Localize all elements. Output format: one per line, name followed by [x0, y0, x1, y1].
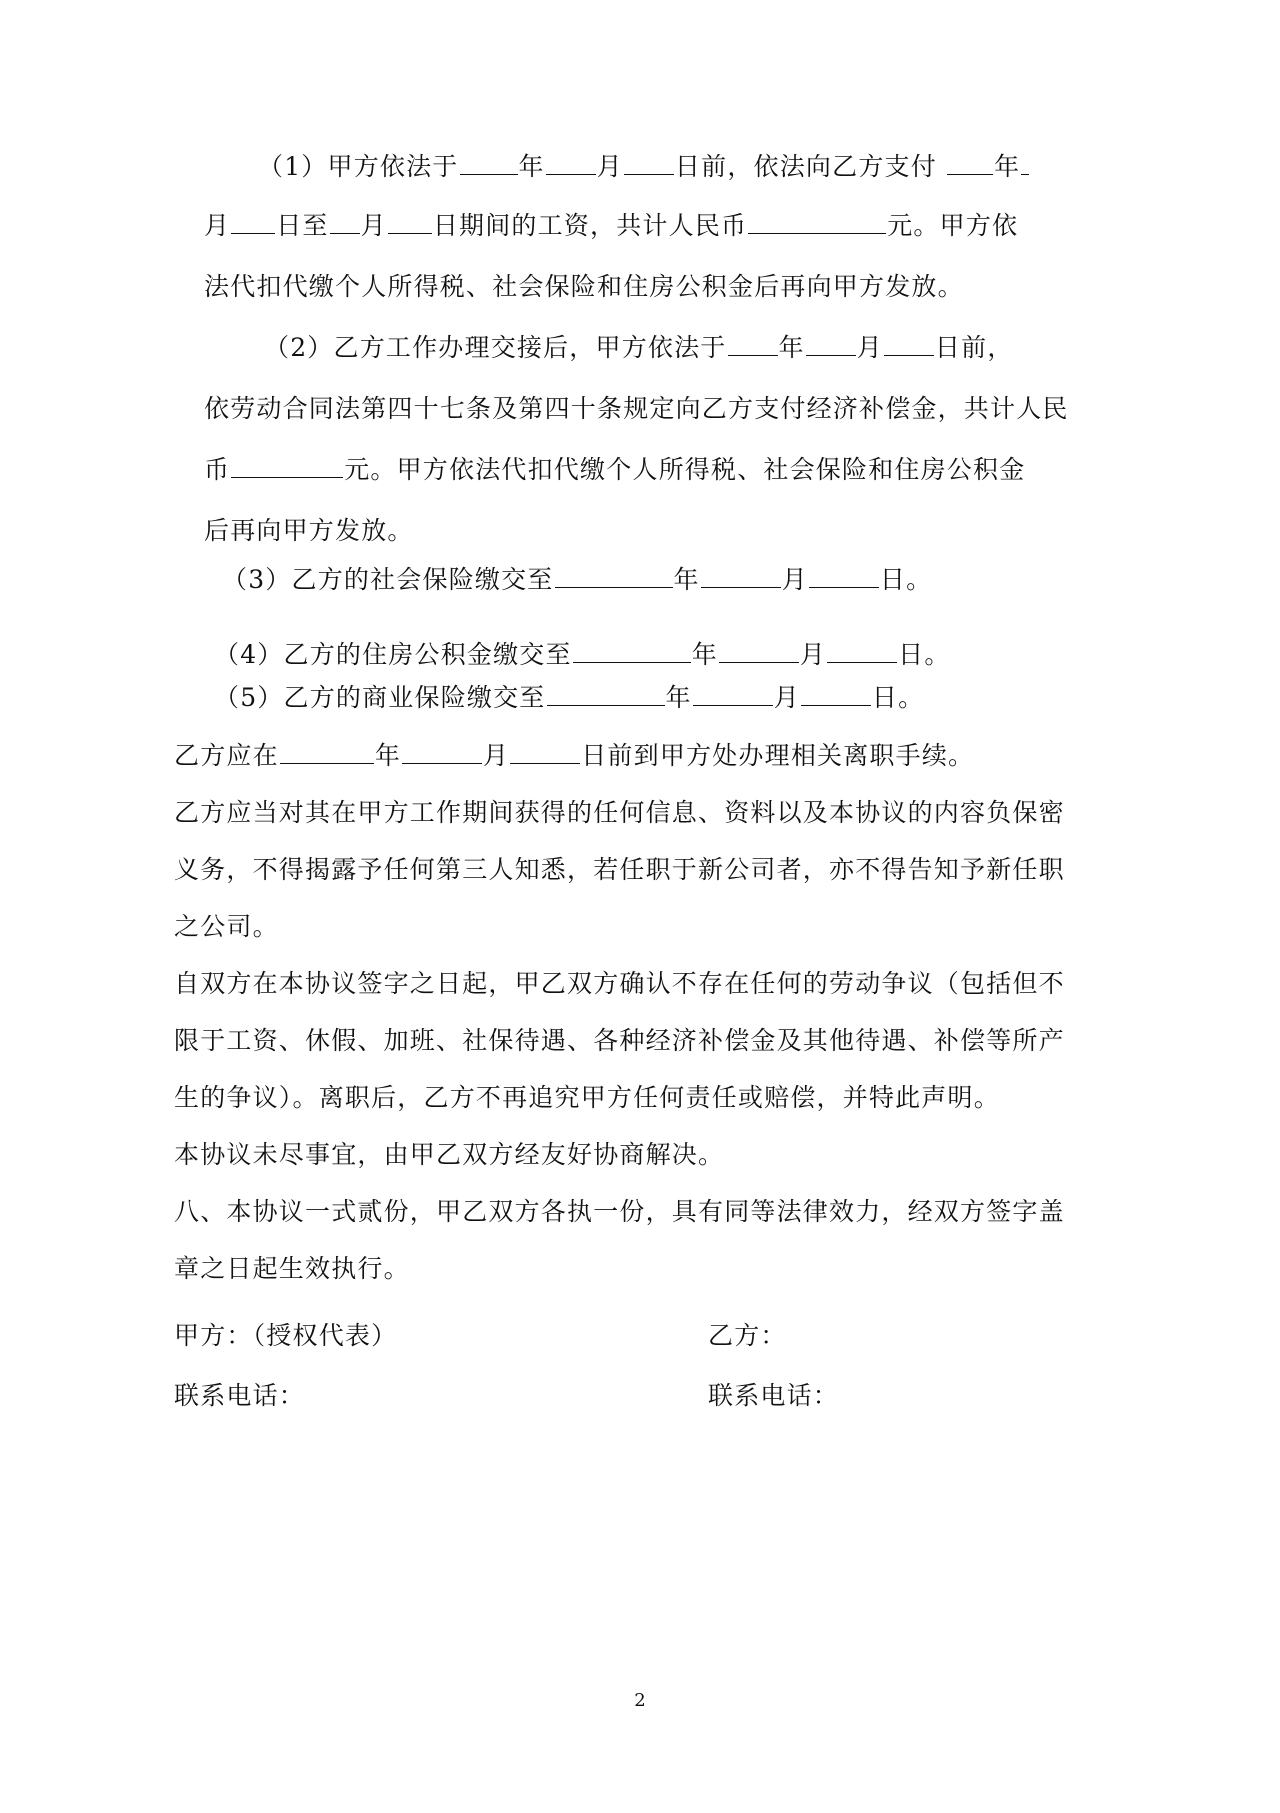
text: 年: [375, 741, 401, 770]
paragraph-4: （4）乙方的住房公积金缴交至年月日。: [214, 640, 951, 670]
text: 法代扣代缴个人所得税、社会保险和住房公积金后再向甲方发放。: [204, 272, 964, 301]
blank-month: [701, 565, 781, 588]
text: 年: [994, 152, 1020, 181]
blank-month: [719, 640, 799, 663]
text: 年: [674, 565, 700, 594]
text: 日。: [872, 683, 924, 712]
text: 月: [800, 640, 826, 669]
text: 本协议未尽事宜，由甲乙双方经友好协商解决。: [174, 1140, 724, 1169]
text: 后再向甲方发放。: [204, 516, 414, 545]
blank-month: [546, 152, 596, 175]
text: （2）乙方工作办理交接后，甲方依法于: [264, 333, 727, 362]
page-number: 2: [0, 1690, 1280, 1711]
blank-day: [624, 152, 674, 175]
text: 月: [774, 683, 800, 712]
blank-day: [388, 211, 432, 234]
text: 日前，: [935, 333, 1014, 362]
paragraph-7-line-2: 义务，不得揭露予任何第三人知悉，若任职于新公司者，亦不得告知予新任职: [174, 855, 1065, 885]
paragraph-7-line-1: 乙方应当对其在甲方工作期间获得的任何信息、资料以及本协议的内容负保密: [174, 798, 1065, 828]
paragraph-8-line-2: 限于工资、休假、加班、社保待遇、各种经济补偿金及其他待遇、补偿等所产: [174, 1026, 1065, 1056]
text: 生的争议）。离职后，乙方不再追究甲方任何责任或赔偿，并特此声明。: [174, 1083, 1000, 1112]
text: 限于工资、休假、加班、社保待遇、各种经济补偿金及其他待遇、补偿等所产: [174, 1026, 1065, 1055]
text: 年: [692, 640, 718, 669]
blank-year: [728, 333, 778, 356]
blank-month: [402, 741, 482, 764]
party-b-phone-label: 联系电话：: [708, 1381, 839, 1411]
blank-year: [280, 741, 374, 764]
paragraph-2-line-1: （2）乙方工作办理交接后，甲方依法于年月日前，: [264, 333, 1014, 363]
paragraph-2-line-4: 后再向甲方发放。: [204, 516, 414, 546]
blank-day: [231, 211, 275, 234]
blank-day: [827, 640, 897, 663]
blank-month: [806, 333, 856, 356]
blank-year: [555, 565, 673, 588]
text: 月: [361, 211, 387, 240]
blank-year: [947, 152, 993, 175]
text: （5）乙方的商业保险缴交至: [214, 683, 546, 712]
text: 月: [782, 565, 808, 594]
text: 日。: [898, 640, 950, 669]
paragraph-1-line-2: 月日至月日期间的工资，共计人民币元。甲方依: [204, 211, 1018, 241]
paragraph-10-line-1: 八、本协议一式贰份，甲乙双方各执一份，具有同等法律效力，经双方签字盖: [174, 1197, 1065, 1227]
text: 日前，依法向乙方支付: [675, 152, 937, 181]
text: （1）甲方依法于: [258, 152, 459, 181]
text: 月: [857, 333, 883, 362]
blank-month: [693, 683, 773, 706]
party-a-signature-label: 甲方：（授权代表）: [174, 1321, 397, 1351]
text: 之公司。: [174, 912, 279, 941]
text: 元。甲方依: [887, 211, 1018, 240]
text: 月: [597, 152, 623, 181]
blank-year: [547, 683, 665, 706]
blank-year: [460, 152, 518, 175]
text: 元。甲方依法代扣代缴个人所得税、社会保险和住房公积金: [344, 455, 1025, 484]
text: 币: [204, 455, 230, 484]
text: 联系电话：: [708, 1381, 839, 1410]
text: 依劳动合同法第四十七条及第四十条规定向乙方支付经济补偿金，共计人民: [204, 394, 1069, 423]
text: 日期间的工资，共计人民币: [433, 211, 747, 240]
text: 月: [204, 211, 230, 240]
paragraph-1-line-1: （1）甲方依法于年月日前，依法向乙方支付 年: [258, 152, 1030, 182]
text: 年: [779, 333, 805, 362]
blank-year: [573, 640, 691, 663]
text: （3）乙方的社会保险缴交至: [222, 565, 554, 594]
text: 义务，不得揭露予任何第三人知悉，若任职于新公司者，亦不得告知予新任职: [174, 855, 1065, 884]
paragraph-9: 本协议未尽事宜，由甲乙双方经友好协商解决。: [174, 1140, 724, 1170]
text: 日至: [276, 211, 328, 240]
paragraph-2-line-2: 依劳动合同法第四十七条及第四十条规定向乙方支付经济补偿金，共计人民: [204, 394, 1069, 424]
paragraph-3: （3）乙方的社会保险缴交至年月日。: [222, 565, 932, 595]
blank: [1021, 152, 1029, 175]
text: 自双方在本协议签字之日起，甲乙双方确认不存在任何的劳动争议（包括但不: [174, 969, 1065, 998]
blank-day: [884, 333, 934, 356]
blank-day: [809, 565, 879, 588]
paragraph-6: 乙方应在年月日前到甲方处办理相关离职手续。: [174, 741, 974, 771]
party-a-phone-label: 联系电话：: [174, 1381, 305, 1411]
paragraph-2-line-3: 币元。甲方依法代扣代缴个人所得税、社会保险和住房公积金: [204, 455, 1025, 485]
text: 日。: [880, 565, 932, 594]
blank-amount: [231, 455, 343, 478]
text: 联系电话：: [174, 1381, 305, 1410]
text: 甲方：（授权代表）: [174, 1321, 397, 1350]
paragraph-5: （5）乙方的商业保险缴交至年月日。: [214, 683, 924, 713]
blank-day: [510, 741, 580, 764]
text: （4）乙方的住房公积金缴交至: [214, 640, 572, 669]
text: 章之日起生效执行。: [174, 1254, 410, 1283]
document-page: （1）甲方依法于年月日前，依法向乙方支付 年 月日至月日期间的工资，共计人民币元…: [0, 0, 1280, 1813]
blank-amount: [748, 211, 886, 234]
paragraph-1-line-3: 法代扣代缴个人所得税、社会保险和住房公积金后再向甲方发放。: [204, 272, 964, 302]
paragraph-10-line-2: 章之日起生效执行。: [174, 1254, 410, 1284]
text: 年: [666, 683, 692, 712]
text: 乙方：: [708, 1321, 787, 1350]
party-b-signature-label: 乙方：: [708, 1321, 787, 1351]
text: 日前到甲方处办理相关离职手续。: [581, 741, 974, 770]
paragraph-8-line-3: 生的争议）。离职后，乙方不再追究甲方任何责任或赔偿，并特此声明。: [174, 1083, 1000, 1113]
blank-month: [330, 211, 360, 234]
text: 乙方应当对其在甲方工作期间获得的任何信息、资料以及本协议的内容负保密: [174, 798, 1065, 827]
text: 年: [519, 152, 545, 181]
paragraph-8-line-1: 自双方在本协议签字之日起，甲乙双方确认不存在任何的劳动争议（包括但不: [174, 969, 1065, 999]
text: 乙方应在: [174, 741, 279, 770]
text: 八、本协议一式贰份，甲乙双方各执一份，具有同等法律效力，经双方签字盖: [174, 1197, 1065, 1226]
blank-day: [801, 683, 871, 706]
paragraph-7-line-3: 之公司。: [174, 912, 279, 942]
text: 月: [483, 741, 509, 770]
